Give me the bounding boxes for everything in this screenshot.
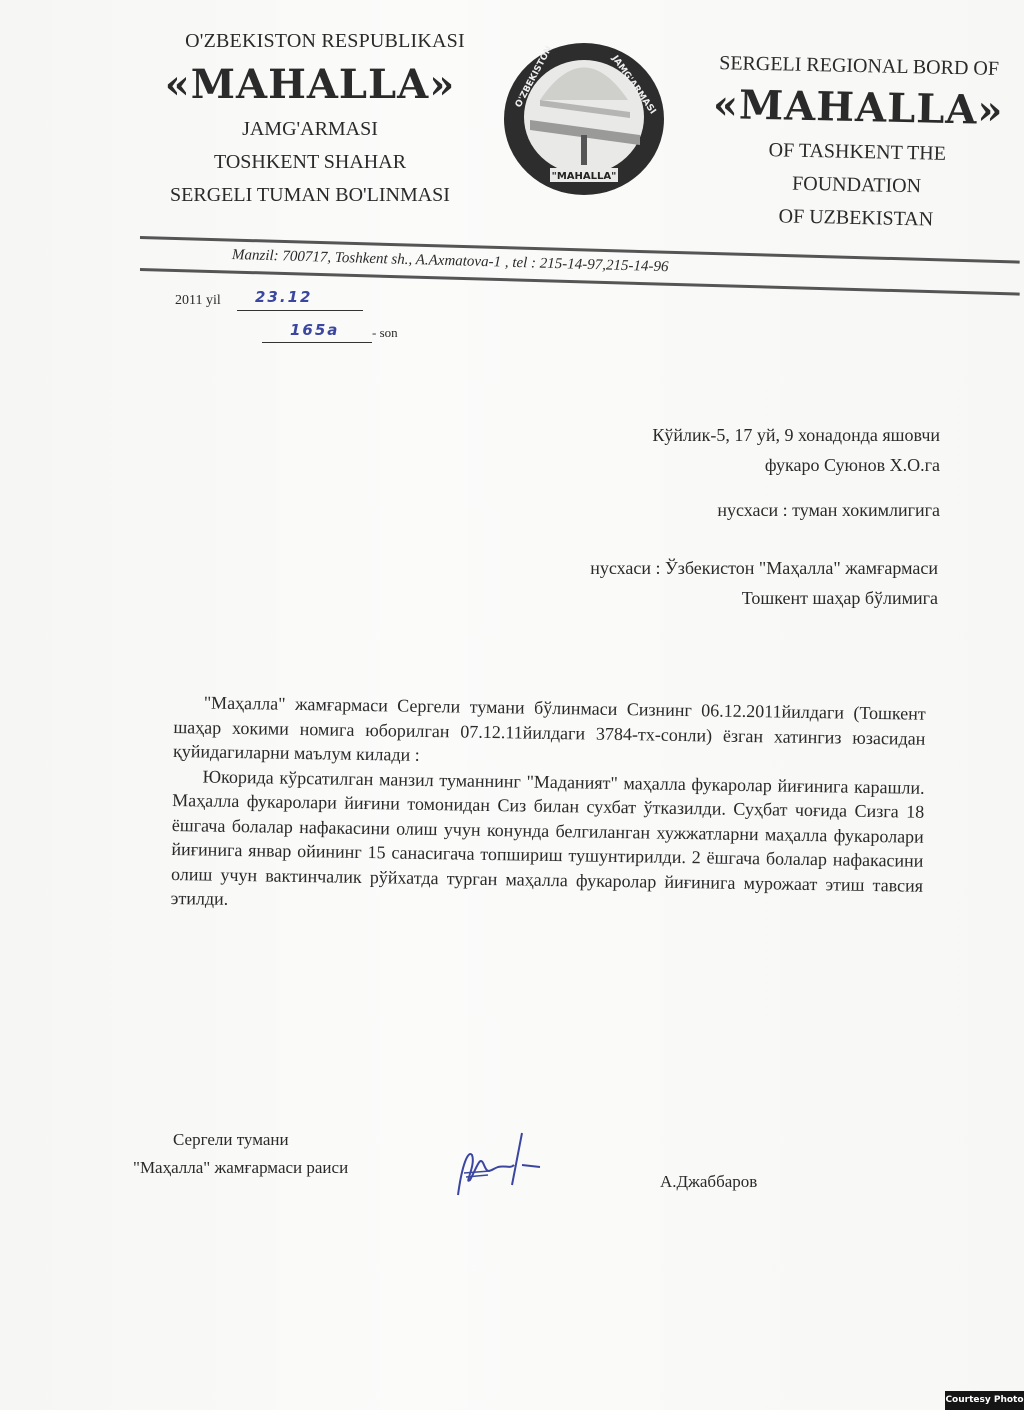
tashkent-label: OF TASHKENT THE [685,137,1024,167]
mahalla-emblem-icon: "MAHALLA" O'ZBEKISTON JAMG'ARMASI [500,40,668,198]
recipient-name: фукаро Суюнов Х.О.га [652,450,940,480]
handwritten-signature-icon [450,1125,560,1205]
signer-position-line1: Сергели тумани [133,1126,348,1154]
copy-to-foundation-line1: нусхаси : Ўзбекистон "Маҳалла" жамғармас… [590,553,938,583]
copy-to-foundation: нусхаси : Ўзбекистон "Маҳалла" жамғармас… [590,553,938,613]
header-left-uzbek: O'ZBEKISTON RESPUBLIKASI «MAHALLA» JAMG'… [135,30,485,207]
fund-label: JAMG'ARMASI [135,118,485,141]
city-label: TOSHKENT SHAHAR [135,151,485,174]
recipient-block: Кўйлик-5, 17 уй, 9 хонадонда яшовчи фука… [652,420,940,480]
copy-to-district: нусхаси : туман хокимлигига [717,500,940,521]
date-label: 2011 yil [175,293,221,309]
signer-position: Сергели тумани "Маҳалла" жамғармаси раис… [133,1126,348,1182]
org-title-english: «MAHALLA» [685,80,1024,134]
letter-body: "Маҳалла" жамғармаси Сергели тумани бўли… [171,690,926,922]
handwritten-date: 23.12 [255,288,312,306]
header-right-english: SERGELI REGIONAL BORD OF «MAHALLA» OF TA… [683,51,1024,233]
branch-label: SERGELI TUMAN BO'LINMASI [135,184,485,207]
signer-name: А.Джаббаров [660,1172,757,1192]
body-paragraph-1: "Маҳалла" жамғармаси Сергели тумани бўли… [173,690,926,775]
letter-page: O'ZBEKISTON RESPUBLIKASI «MAHALLA» JAMG'… [0,0,1024,1410]
copy-to-foundation-line2: Тошкент шаҳар бўлимига [590,583,938,613]
regional-board-label: SERGELI REGIONAL BORD OF [686,51,1024,81]
photo-credit-badge: Courtesy Photo [945,1391,1024,1410]
recipient-address: Кўйлик-5, 17 уй, 9 хонадонда яшовчи [652,420,940,450]
republic-label: O'ZBEKISTON RESPUBLIKASI [165,30,485,53]
date-underline [237,310,363,311]
org-title: «MAHALLA» [135,61,485,108]
country-label: OF UZBEKISTAN [683,203,1024,233]
body-paragraph-2: Юкорида кўрсатилган манзил туманнинг "Ма… [171,763,925,922]
foundation-label: FOUNDATION [684,170,1024,200]
svg-text:"MAHALLA": "MAHALLA" [552,171,617,182]
handwritten-number: 165a [290,321,339,339]
number-suffix: - son [372,325,398,341]
signer-position-line2: "Маҳалла" жамғармаси раиси [133,1154,348,1182]
number-underline [262,342,372,343]
